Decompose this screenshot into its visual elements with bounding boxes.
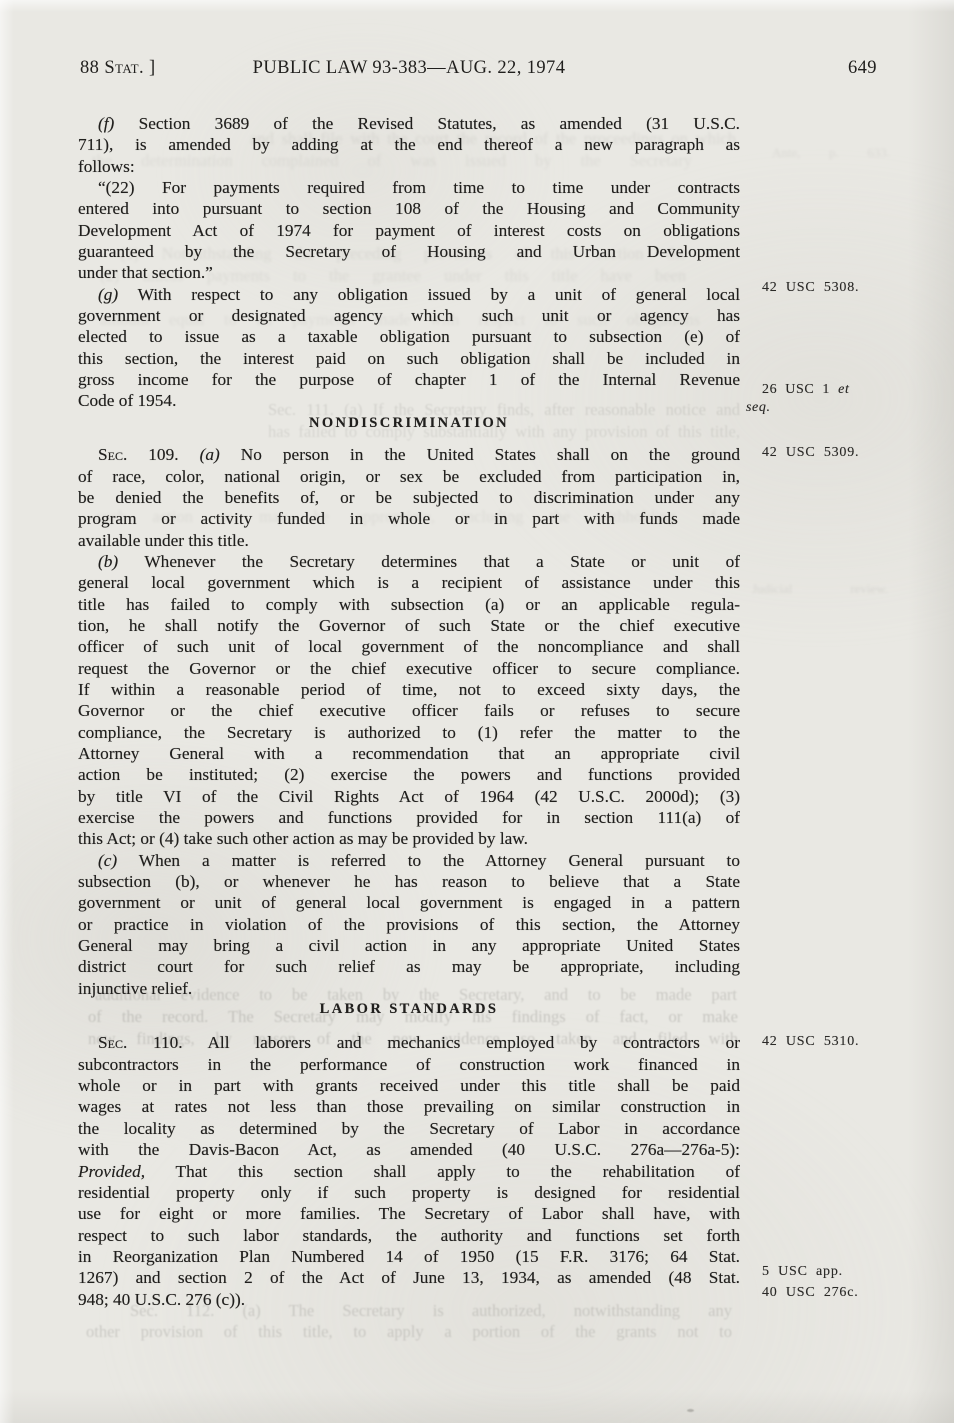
text-line: “(22) For payments required from time to… (78, 177, 740, 198)
paragraph-f: (f) Section 3689 of the Revised Statutes… (78, 113, 740, 177)
page-number: 649 (848, 58, 877, 79)
text-run: With respect to any obligation issued by… (118, 285, 740, 304)
text-line: government or unit of general local gove… (78, 892, 740, 913)
text-line: Development Act of 1974 for payment of i… (78, 220, 740, 241)
text-run: When a matter is referred to the Attorne… (117, 851, 740, 870)
text-line: entered into pursuant to section 108 of … (78, 198, 740, 219)
statute-page-scan: and shall file with the court the record… (0, 0, 954, 1423)
subsection-letter: (f) (98, 114, 114, 133)
bleedthrough-margin-note: Ante, p. 633. (772, 142, 890, 163)
statute-body-text: (f) Section 3689 of the Revised Statutes… (78, 113, 740, 1310)
heading-nondiscrimination: NONDISCRIMINATION (78, 413, 740, 434)
text-line: government or designated agency which su… (78, 305, 740, 326)
paragraph-number: “(22) (98, 178, 134, 197)
text-line: respect to such labor standards, the aut… (78, 1225, 740, 1246)
running-head-law-title: PUBLIC LAW 93-383—AUG. 22, 1974 (78, 58, 740, 79)
text-line: Sec. 109. (a) No person in the United St… (78, 444, 740, 465)
text-line: this section, the interest paid on such … (78, 348, 740, 369)
margin-note-40-usc-276c: 40 USC 276c. (762, 1284, 912, 1302)
text-line: guaranteed by the Secretary of Housing a… (78, 241, 740, 262)
text-line: general local government which is a reci… (78, 572, 740, 593)
text-line: wages at rates not less than those preva… (78, 1096, 740, 1117)
text-line: program or activity funded in whole or i… (78, 508, 740, 529)
text-line: Governor or the chief executive officer … (78, 700, 740, 721)
subsection-letter: (c) (98, 851, 117, 870)
text-lines: government or designated agency which su… (78, 305, 740, 390)
section-number: Sec. 110. (98, 1033, 183, 1052)
text-line: subcontractors in the performance of con… (78, 1054, 740, 1075)
bleedthrough-line: other provision of this title, to apply … (86, 1321, 732, 1342)
text-line: General may bring a civil action in any … (78, 935, 740, 956)
margin-note-42-usc-5310: 42 USC 5310. (762, 1033, 912, 1051)
text-lines: entered into pursuant to section 108 of … (78, 198, 740, 262)
text-line: with the Davis-Bacon Act, as amended (40… (78, 1139, 740, 1160)
text-line: exercise the powers and functions provid… (78, 807, 740, 828)
text-line: request the Governor or the chief execut… (78, 658, 740, 679)
text-line: Attorney General with a recommendation t… (78, 743, 740, 764)
text-line: subsection (b), or whenever he has reaso… (78, 871, 740, 892)
text-line: use for eight or more families. The Secr… (78, 1203, 740, 1224)
text-line: district court for such relief as may be… (78, 956, 740, 977)
text-line: If within a reasonable period of time, n… (78, 679, 740, 700)
text-run: No person in the United States shall on … (220, 445, 740, 464)
text-line: injunctive relief. (78, 978, 740, 999)
text-lines: residential property only if such proper… (78, 1182, 740, 1289)
section-number: Sec. 109. (98, 445, 200, 464)
text-line: (f) Section 3689 of the Revised Statutes… (78, 113, 740, 134)
text-run: Section 3689 of the Revised Statutes, as… (114, 114, 740, 133)
text-line: compliance, the Secretary is authorized … (78, 722, 740, 743)
text-lines: general local government which is a reci… (78, 572, 740, 828)
text-line: Provided, That this section shall apply … (78, 1161, 740, 1182)
text-line: follows: (78, 156, 740, 177)
text-line: whole or in part with grants received un… (78, 1075, 740, 1096)
text-line: the locality as determined by the Secret… (78, 1118, 740, 1139)
paragraph-sec110: Sec. 110. All laborers and mechanics emp… (78, 1032, 740, 1309)
text-line: gross income for the purpose of chapter … (78, 369, 740, 390)
text-line: 1267) and section 2 of the Act of June 1… (78, 1267, 740, 1288)
text-line: action be instituted; (2) exercise the p… (78, 764, 740, 785)
text-line: be denied the benefits of, or be subject… (78, 487, 740, 508)
text-line: Sec. 110. All laborers and mechanics emp… (78, 1032, 740, 1053)
text-line: under that section.” (78, 262, 740, 283)
subsection-letter: (b) (98, 552, 118, 571)
text-line: Code of 1954. (78, 390, 740, 411)
text-line: (b) Whenever the Secretary determines th… (78, 551, 740, 572)
margin-note-42-usc-5308: 42 USC 5308. (762, 279, 912, 297)
paragraph-22: “(22) For payments required from time to… (78, 177, 740, 284)
text-run: For payments required from time to time … (134, 178, 740, 197)
paragraph-sec109-a: Sec. 109. (a) No person in the United St… (78, 444, 740, 551)
text-line: in Reorganization Plan Numbered 14 of 19… (78, 1246, 740, 1267)
text-line: or practice in violation of the provisio… (78, 914, 740, 935)
text-line: of race, color, national origin, or sex … (78, 466, 740, 487)
bleedthrough-margin-note: Judicial review. (752, 578, 888, 599)
text-line: officer of such unit of local government… (78, 636, 740, 657)
text-line: elected to issue as a taxable obligation… (78, 326, 740, 347)
citation-text: 26 USC 1 (762, 382, 838, 397)
paragraph-g: (g) With respect to any obligation issue… (78, 284, 740, 412)
text-lines: subcontractors in the performance of con… (78, 1054, 740, 1161)
paragraph-sec109-b: (b) Whenever the Secretary determines th… (78, 551, 740, 850)
text-line: title has failed to comply with subsecti… (78, 594, 740, 615)
margin-note-5-usc-app: 5 USC app. (762, 1263, 912, 1281)
text-run: All laborers and mechanics employed by c… (183, 1033, 740, 1052)
subsection-letter: (a) (200, 445, 220, 464)
text-line: (c) When a matter is referred to the Att… (78, 850, 740, 871)
text-line: by title VI of the Civil Rights Act of 1… (78, 786, 740, 807)
text-line: available under this title. (78, 530, 740, 551)
paragraph-sec109-c: (c) When a matter is referred to the Att… (78, 850, 740, 999)
proviso-word: Provided, (78, 1162, 145, 1181)
text-line: 711), is amended by adding at the end th… (78, 134, 740, 155)
text-lines: of race, color, national origin, or sex … (78, 466, 740, 530)
margin-note-26-usc-1: 26 USC 1 et seq. (746, 381, 866, 416)
text-lines: subsection (b), or whenever he has reaso… (78, 871, 740, 978)
text-line: 948; 40 U.S.C. 276 (c)). (78, 1289, 740, 1310)
text-line: residential property only if such proper… (78, 1182, 740, 1203)
scan-speck (687, 1409, 694, 1412)
text-run: Whenever the Secretary determines that a… (118, 552, 740, 571)
text-run: That this section shall apply to the reh… (145, 1162, 740, 1181)
text-line: this Act; or (4) take such other action … (78, 828, 740, 849)
margin-note-42-usc-5309: 42 USC 5309. (762, 444, 912, 462)
text-lines: 711), is amended by adding at the end th… (78, 134, 740, 155)
text-line: (g) With respect to any obligation issue… (78, 284, 740, 305)
text-line: tion, he shall notify the Governor of su… (78, 615, 740, 636)
subsection-letter: (g) (98, 285, 118, 304)
heading-labor-standards: LABOR STANDARDS (78, 999, 740, 1020)
